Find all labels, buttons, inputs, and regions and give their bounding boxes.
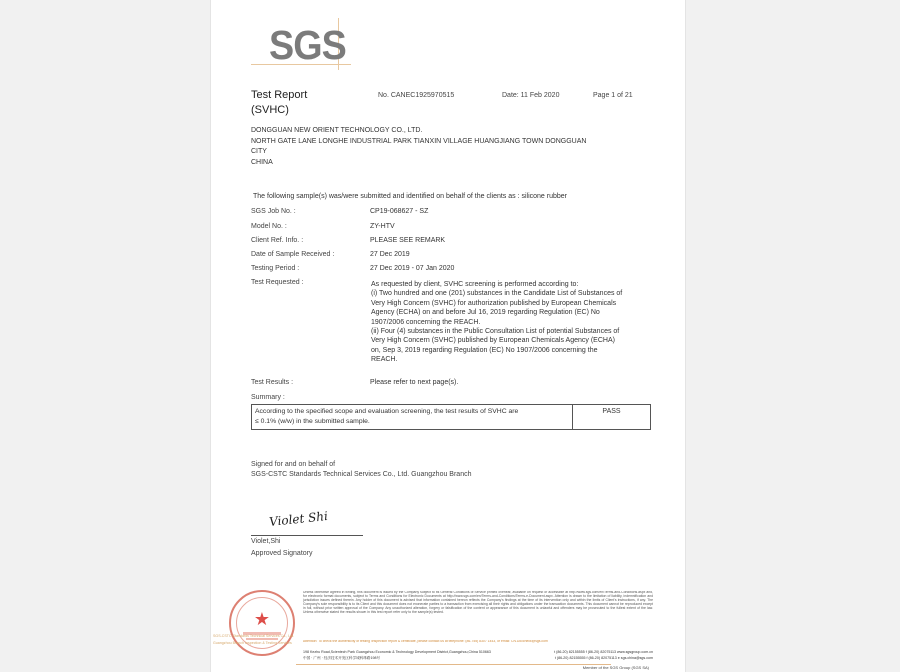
field-value-date-received: 27 Dec 2019 xyxy=(370,251,410,258)
field-value-job-no: CP19-068627 - SZ xyxy=(370,208,428,215)
client-address-line2: CITY xyxy=(251,147,586,158)
test-requested-line: REACH. xyxy=(371,355,622,364)
test-requested-line: As requested by client, SVHC screening i… xyxy=(371,280,622,289)
client-country: CHINA xyxy=(251,158,586,169)
signatory-role: Approved Signatory xyxy=(251,550,312,557)
signature-line xyxy=(251,535,363,536)
logo-text: SGS xyxy=(269,22,346,69)
report-date: Date: 11 Feb 2020 xyxy=(502,92,559,99)
field-value-model-no: ZY-HTV xyxy=(370,223,395,230)
test-requested-text: As requested by client, SVHC screening i… xyxy=(371,280,622,365)
report-title: Test Report xyxy=(251,89,307,101)
test-requested-line: (ii) Four (4) substances in the Public C… xyxy=(371,327,622,336)
field-value-test-results: Please refer to next page(s). xyxy=(370,379,458,386)
sgs-logo: SGS xyxy=(251,18,353,70)
test-requested-line: on, Sep 3, 2019 regarding Regulation (EC… xyxy=(371,346,622,355)
signatory-name: Violet,Shi xyxy=(251,538,280,545)
footer-address-cn: 中国 · 广州 · 经济技术开发区科学城科珠路198号 xyxy=(303,656,380,661)
summary-text-line2: ≤ 0.1% (w/w) in the submitted sample. xyxy=(255,417,569,427)
terms-fine-print: Unless otherwise agreed in writing, this… xyxy=(303,591,653,639)
summary-label: Summary : xyxy=(251,394,285,401)
field-label-client-ref: Client Ref. Info. : xyxy=(251,237,303,244)
report-number: No. CANEC1925970515 xyxy=(378,92,454,99)
signoff-line1: Signed for and on behalf of xyxy=(251,461,335,468)
field-value-client-ref: PLEASE SEE REMARK xyxy=(370,237,445,244)
report-page: SGS Test Report (SVHC) No. CANEC19259705… xyxy=(210,0,686,672)
field-label-test-results: Test Results : xyxy=(251,379,293,386)
test-requested-line: (i) Two hundred and one (201) substances… xyxy=(371,289,622,298)
test-requested-line: Very High Concern (SVHC) for authorizati… xyxy=(371,299,622,308)
client-address-line1: NORTH GATE LANE LONGHE INDUSTRIAL PARK T… xyxy=(251,137,586,148)
handwritten-signature: Violet Shi xyxy=(268,509,328,529)
footer-address-en: 198 Kezhu Road,Scientech Park Guangzhou … xyxy=(303,650,491,654)
field-label-test-requested: Test Requested : xyxy=(251,279,304,286)
sgs-member-note: Member of the SGS Group (SGS SA) xyxy=(583,665,649,670)
stamp-caption: SGS-CSTC Standards Technical Services Co… xyxy=(213,633,297,647)
footer-address-en-row: 198 Kezhu Road,Scientech Park Guangzhou … xyxy=(303,650,653,654)
sample-intro: The following sample(s) was/were submitt… xyxy=(253,193,567,200)
summary-text-cell: According to the specified scope and eva… xyxy=(252,405,573,429)
signoff-line2: SGS-CSTC Standards Technical Services Co… xyxy=(251,471,471,478)
footer-address-cn-row: 中国 · 广州 · 经济技术开发区科学城科珠路198号 t (86-20) 82… xyxy=(303,656,653,661)
page-indicator: Page 1 of 21 xyxy=(593,92,633,99)
summary-result-cell: PASS xyxy=(573,405,650,429)
test-requested-line: Very High Concern (SVHC) published by Eu… xyxy=(371,336,622,345)
client-name: DONGGUAN NEW ORIENT TECHNOLOGY CO., LTD. xyxy=(251,126,586,137)
client-block: DONGGUAN NEW ORIENT TECHNOLOGY CO., LTD.… xyxy=(251,126,586,168)
field-label-date-received: Date of Sample Received : xyxy=(251,251,334,258)
footer-contact-row2: t (86-20) 82155555 f (86-20) 82075113 e … xyxy=(555,656,653,661)
footer-divider xyxy=(296,664,611,665)
summary-text-line1: According to the specified scope and eva… xyxy=(255,407,569,417)
authenticity-notice: Attention: To check the authenticity of … xyxy=(303,640,653,648)
field-label-testing-period: Testing Period : xyxy=(251,265,299,272)
footer-contact-row1: t (86-20) 82155555 f (86-20) 82075113 ww… xyxy=(554,650,653,654)
summary-table: According to the specified scope and eva… xyxy=(251,404,651,430)
test-requested-line: Agency (ECHA) on and before Jul 16, 2019… xyxy=(371,308,622,317)
field-value-testing-period: 27 Dec 2019 - 07 Jan 2020 xyxy=(370,265,454,272)
report-subtitle: (SVHC) xyxy=(251,104,289,116)
field-label-job-no: SGS Job No. : xyxy=(251,208,296,215)
test-requested-line: 1907/2006 concerning the REACH. xyxy=(371,318,622,327)
field-label-model-no: Model No. : xyxy=(251,223,287,230)
star-icon: ★ xyxy=(231,609,293,630)
